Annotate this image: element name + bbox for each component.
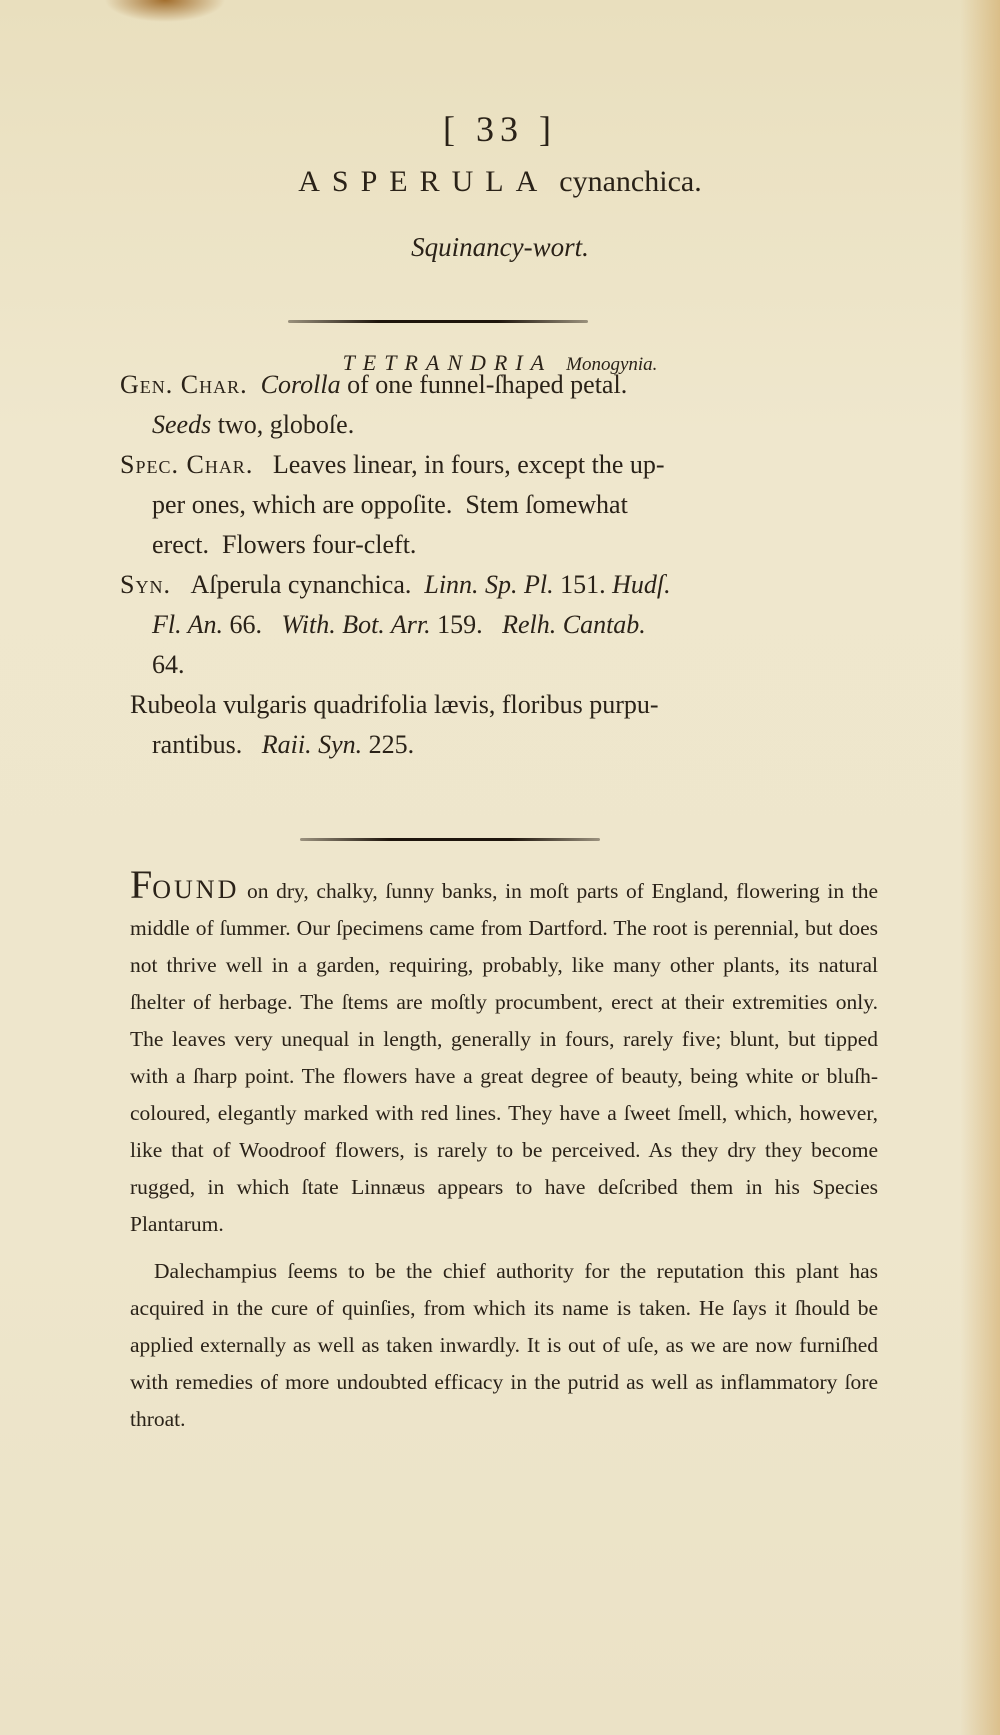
reference-hudson: Hudſ. xyxy=(612,570,671,599)
description-paragraph-1: FOUND on dry, chalky, ſunny banks, in mo… xyxy=(130,870,878,1243)
divider-rule xyxy=(288,320,588,323)
generic-character-label: Gen. Char. xyxy=(120,370,248,399)
page-number: [ 33 ] xyxy=(0,108,1000,150)
drop-word-rest: OUND xyxy=(152,875,239,904)
generic-character-text: of one funnel-ſhaped petal. xyxy=(341,370,628,399)
corolla-term: Corolla xyxy=(261,370,341,399)
generic-character-line2: Seeds two, globoſe. xyxy=(120,405,760,445)
reference-flora-anglica: Fl. An. xyxy=(152,610,223,639)
specific-character: Spec. Char. Leaves linear, in fours, exc… xyxy=(120,445,760,565)
common-name: Squinancy-wort. xyxy=(0,232,1000,263)
specific-character-text1: Leaves linear, in fours, except the up- xyxy=(273,450,665,479)
species-title: ASPERULAcynanchica. xyxy=(0,165,1000,199)
specific-character-label: Spec. Char. xyxy=(120,450,253,479)
reference-page: 151. xyxy=(560,570,606,599)
seeds-term: Seeds xyxy=(152,410,211,439)
specific-character-line1: Spec. Char. Leaves linear, in fours, exc… xyxy=(120,445,760,485)
reference-page: 159. xyxy=(437,610,483,639)
description-paragraph-2: Dalechampius ſeems to be the chief autho… xyxy=(130,1253,878,1438)
synonymy-line2: Fl. An. 66. With. Bot. Arr. 159. Relh. C… xyxy=(120,605,760,645)
generic-character: Gen. Char. Corolla of one funnel-ſhaped … xyxy=(120,365,760,445)
drop-cap: F xyxy=(130,862,152,907)
genus-name: ASPERULA xyxy=(298,165,549,198)
reference-relhan: Relh. Cantab. xyxy=(502,610,646,639)
reference-linnaeus: Linn. Sp. Pl. xyxy=(424,570,553,599)
drop-word: FOUND xyxy=(130,862,239,907)
reference-ray: Raii. Syn. xyxy=(262,730,362,759)
generic-character-line1: Gen. Char. Corolla of one funnel-ſhaped … xyxy=(120,365,760,405)
seeds-text: two, globoſe. xyxy=(211,410,354,439)
synonymy-line5: rantibus. Raii. Syn. 225. xyxy=(120,725,760,765)
specific-character-line2: per ones, which are oppoſite. Stem ſomew… xyxy=(120,485,760,525)
synonymy-line1: Syn. Aſperula cynanchica. Linn. Sp. Pl. … xyxy=(120,565,760,605)
species-epithet: cynanchica. xyxy=(559,165,701,198)
reference-withering: With. Bot. Arr. xyxy=(282,610,431,639)
synonymy-line4: Rubeola vulgaris quadrifolia lævis, flor… xyxy=(120,685,760,725)
paragraph-1-text: on dry, chalky, ſunny banks, in moſt par… xyxy=(130,879,878,1236)
reference-page: 225. xyxy=(369,730,415,759)
divider-rule xyxy=(300,838,600,841)
reference-page: 66. xyxy=(230,610,263,639)
characters-section: Gen. Char. Corolla of one funnel-ſhaped … xyxy=(120,365,760,725)
specific-character-line3: erect. Flowers four-cleft. xyxy=(120,525,760,565)
synonymy: Syn. Aſperula cynanchica. Linn. Sp. Pl. … xyxy=(120,565,760,765)
synonymy-line3: 64. xyxy=(120,645,760,685)
synonymy-label: Syn. xyxy=(120,570,171,599)
synonym-name: Aſperula cynanchica. xyxy=(190,570,411,599)
synonym-text: rantibus. xyxy=(152,730,242,759)
description-body: FOUND on dry, chalky, ſunny banks, in mo… xyxy=(130,870,878,1438)
